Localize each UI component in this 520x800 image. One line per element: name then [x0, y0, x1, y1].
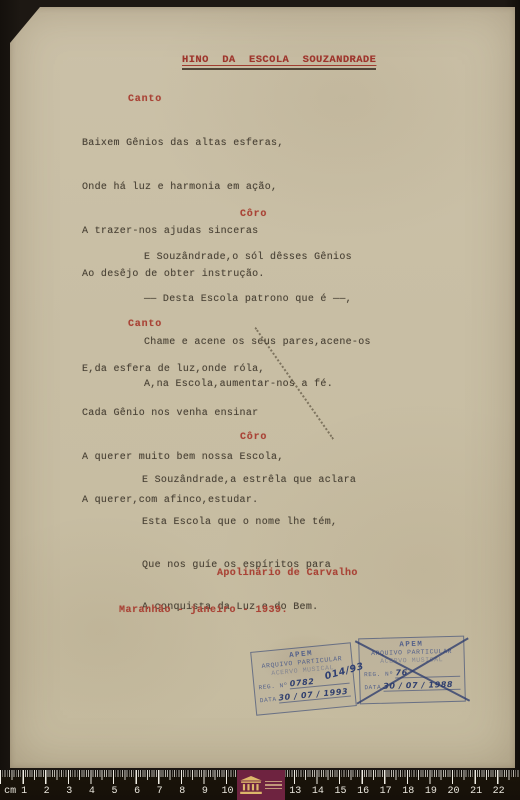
stamp-line: ACERVO MUSICAL: [364, 656, 460, 667]
ruler-label: 4: [89, 786, 95, 797]
ruler-label: 14: [312, 786, 324, 797]
author-name: Apolinário de Carvalho: [217, 568, 358, 579]
archive-stamp-right-crossed: APEM ARQUIVO PARTICULAR ACERVO MUSICAL R…: [358, 636, 466, 705]
ruler-label: 3: [66, 786, 72, 797]
section-heading-canto-2: Canto: [128, 319, 162, 330]
logo-caption-lines: [265, 781, 282, 790]
scanned-document-page: HINO DA ESCOLA SOUZANDRADE Canto Baixem …: [10, 7, 515, 768]
verse-line: E,da esfera de luz,onde róla,: [82, 359, 284, 381]
section-heading-canto-1: Canto: [128, 94, 162, 105]
ruler-label: 19: [425, 786, 437, 797]
verse-line: —— Desta Escola patrono que é ——,: [144, 290, 371, 310]
ruler-label: 18: [402, 786, 414, 797]
stamp-date-label: DATA: [260, 696, 278, 706]
measuring-ruler: cm1234567891013141516171819202122: [0, 770, 520, 800]
ruler-label: 13: [289, 786, 301, 797]
stamp-reg-label: REG. Nº: [258, 682, 288, 693]
government-building-icon: [240, 776, 262, 794]
ruler-label: 7: [157, 786, 163, 797]
ruler-label: 22: [493, 786, 505, 797]
ruler-label: 20: [447, 786, 459, 797]
ruler-label: 1: [21, 786, 27, 797]
verse-line: Onde há luz e harmonia em ação,: [82, 177, 284, 199]
section-heading-coro-2: Côro: [240, 432, 267, 443]
verse-line: E Souzândrade,a estrêla que aclara: [142, 471, 356, 491]
section-heading-coro-1: Côro: [240, 209, 267, 220]
ruler-label: 6: [134, 786, 140, 797]
ruler-label: 8: [179, 786, 185, 797]
verse-line: Esta Escola que o nome lhe tém,: [142, 513, 356, 533]
stamp-date-label: DATA: [364, 684, 381, 692]
archive-stamp-left: APEM ARQUIVO PARTICULAR ACERVO MUSICAL R…: [250, 642, 357, 715]
ruler-label: 21: [470, 786, 482, 797]
ruler-label: 10: [221, 786, 233, 797]
ruler-label: 5: [111, 786, 117, 797]
stamp-reg-label: REG. Nº: [364, 670, 394, 679]
ruler-label: cm: [4, 786, 16, 797]
ruler-label: 2: [44, 786, 50, 797]
archive-logo-block: [237, 770, 285, 800]
place-date-line: Maranhão - janeiro - 1939.: [119, 605, 288, 616]
verse-line: E Souzândrade,o sól dêsses Gênios: [144, 248, 371, 268]
verse-line: Cada Gênio nos venha ensinar: [82, 403, 284, 425]
ruler-label: 16: [357, 786, 369, 797]
ruler-label: 9: [202, 786, 208, 797]
stamp-date-value: 30 / 07 / 1988: [383, 680, 460, 692]
stamp-reg-value: 76: [395, 667, 460, 679]
page-title: HINO DA ESCOLA SOUZANDRADE: [182, 54, 376, 70]
verse-line: Baixem Gênios das altas esferas,: [82, 133, 284, 155]
ruler-label: 15: [334, 786, 346, 797]
ruler-label: 17: [380, 786, 392, 797]
